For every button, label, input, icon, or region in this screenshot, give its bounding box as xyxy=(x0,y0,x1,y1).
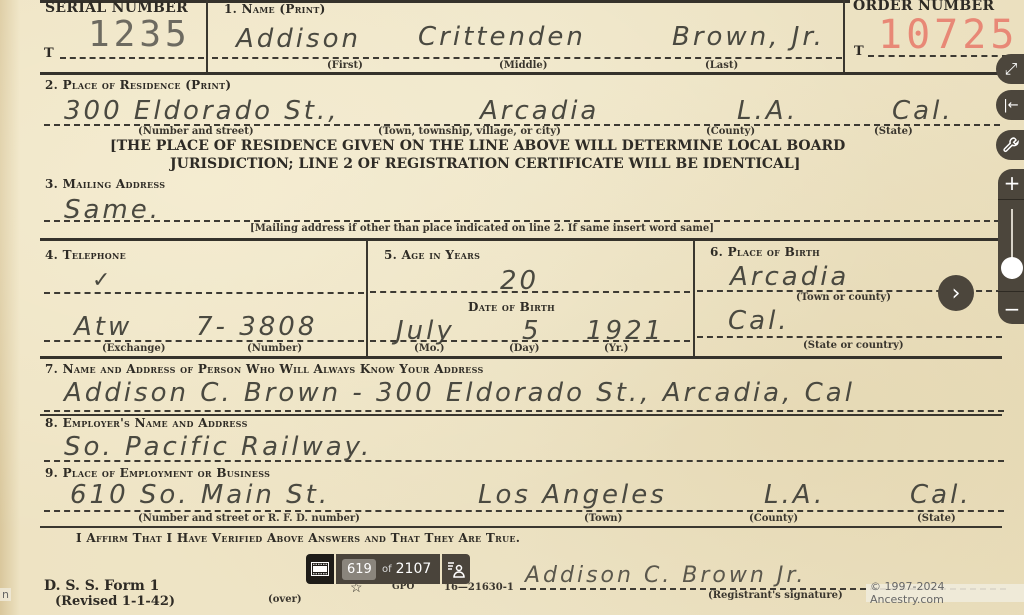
fullscreen-button[interactable]: ⤢ xyxy=(996,54,1024,84)
employer-label: 8. Employer's Name and Address xyxy=(45,416,248,430)
sub-exchange: (Exchange) xyxy=(102,343,166,354)
order-prefix: T xyxy=(854,44,864,59)
telephone-number: 7- 3808 xyxy=(196,312,317,342)
dashed-line xyxy=(868,55,1008,57)
employment-state: Cal. xyxy=(910,480,972,510)
dashed-line xyxy=(44,340,364,342)
notice-line-2: JURISDICTION; LINE 2 OF REGISTRATION CER… xyxy=(170,156,800,172)
dashed-line xyxy=(44,220,1000,222)
over-label: (over) xyxy=(268,594,302,605)
page-indicator: 619 of 2107 xyxy=(336,554,440,584)
sub-county: (County) xyxy=(706,126,755,137)
divider xyxy=(998,291,1024,292)
mailing-note: [Mailing address if other than place ind… xyxy=(250,223,714,234)
dashed-line xyxy=(370,291,690,293)
employer-value: So. Pacific Railway. xyxy=(64,432,372,462)
sub-number: (Number) xyxy=(247,343,302,354)
divider xyxy=(998,199,1024,200)
dashed-line xyxy=(60,57,204,59)
dashed-line xyxy=(44,460,1004,462)
section-rule xyxy=(40,238,1002,241)
telephone-label: 4. Telephone xyxy=(45,248,126,262)
filmstrip-button[interactable] xyxy=(306,554,334,584)
next-image-button[interactable]: › xyxy=(938,275,974,311)
signature-label: (Registrant's signature) xyxy=(708,590,843,601)
sub-last: (Last) xyxy=(705,60,738,71)
residence-state: Cal. xyxy=(892,96,954,126)
zoom-out-button[interactable]: − xyxy=(998,295,1024,323)
mailing-label: 3. Mailing Address xyxy=(45,177,165,191)
tools-button[interactable] xyxy=(996,130,1024,160)
zoom-slider-thumb[interactable] xyxy=(1001,257,1023,279)
sub-emp-county: (County) xyxy=(749,513,798,524)
sub-emp-town: (Town) xyxy=(584,513,622,524)
name-first: Addison xyxy=(236,24,361,54)
sub-emp-street: (Number and street or R. F. D. number) xyxy=(138,513,360,524)
serial-number-value: 1235 xyxy=(88,14,191,55)
chevron-right-icon: › xyxy=(952,281,961,306)
image-pager: 619 of 2107 xyxy=(306,554,470,584)
dashed-line xyxy=(44,510,1004,512)
contact-value: Addison C. Brown - 300 Eldorado St., Arc… xyxy=(64,378,855,408)
sub-town: (Town, township, village, or city) xyxy=(378,126,561,137)
filmstrip-icon xyxy=(311,562,329,576)
dashed-line xyxy=(212,57,842,59)
birthplace-town: Arcadia xyxy=(730,262,849,292)
dob-label: Date of Birth xyxy=(468,300,555,314)
residence-label: 2. Place of Residence (Print) xyxy=(45,78,231,92)
copyright-notice: © 1997-2024 Ancestry.com xyxy=(866,584,1024,602)
divider xyxy=(843,0,845,72)
employment-street: 610 So. Main St. xyxy=(70,480,330,510)
dashed-line xyxy=(697,336,1002,338)
collapse-left-icon: |← xyxy=(1003,98,1018,113)
divider xyxy=(206,0,208,72)
dashed-line xyxy=(44,292,364,294)
employment-town: Los Angeles xyxy=(478,480,667,510)
page-number-input[interactable]: 619 xyxy=(342,559,376,580)
collapse-panel-button[interactable]: |← xyxy=(996,90,1024,120)
telephone-exchange: Atw xyxy=(74,312,132,342)
residence-town: Arcadia xyxy=(480,96,599,126)
form-name: D. S. S. Form 1 xyxy=(44,578,159,594)
sub-emp-state: (State) xyxy=(917,513,956,524)
wrench-icon xyxy=(1003,137,1019,153)
sub-first: (First) xyxy=(327,60,363,71)
sub-middle: (Middle) xyxy=(499,60,547,71)
left-edge-text: n xyxy=(0,588,11,601)
birthplace-label: 6. Place of Birth xyxy=(710,245,820,259)
person-list-icon xyxy=(447,560,465,578)
serial-prefix: T xyxy=(44,46,54,61)
employment-label: 9. Place of Employment or Business xyxy=(45,466,270,480)
zoom-in-button[interactable]: + xyxy=(998,169,1024,197)
name-middle: Crittenden xyxy=(418,22,586,52)
minus-icon: − xyxy=(1004,297,1021,321)
name-last: Brown, Jr. xyxy=(672,22,825,52)
sub-birth-state: (State or country) xyxy=(803,340,904,351)
of-label: of xyxy=(382,564,392,575)
order-number-value: 10725 xyxy=(878,12,1018,58)
dashed-line xyxy=(44,410,1004,412)
signature: Addison C. Brown Jr. xyxy=(525,563,806,588)
expand-icon: ⤢ xyxy=(1005,59,1018,79)
sub-state: (State) xyxy=(874,126,913,137)
dashed-line xyxy=(370,340,690,342)
page-total: 2107 xyxy=(396,561,432,577)
residence-county: L.A. xyxy=(737,96,798,126)
divider xyxy=(693,240,695,356)
section-rule xyxy=(40,72,1000,75)
age-label: 5. Age in Years xyxy=(384,248,480,262)
notice-line-1: [THE PLACE OF RESIDENCE GIVEN ON THE LIN… xyxy=(110,138,845,154)
index-panel-button[interactable] xyxy=(442,554,470,584)
sub-street: (Number and street) xyxy=(138,126,254,137)
sub-day: (Day) xyxy=(509,343,539,354)
sub-birth-town: (Town or county) xyxy=(796,292,891,303)
affirmation-text: I Affirm That I Have Verified Above Answ… xyxy=(76,531,520,545)
divider xyxy=(366,240,368,356)
plus-icon: + xyxy=(1004,171,1021,195)
residence-street: 300 Eldorado St., xyxy=(64,96,339,126)
section-rule xyxy=(40,526,1002,528)
employment-county: L.A. xyxy=(764,480,825,510)
telephone-mark: ✓ xyxy=(92,268,113,293)
zoom-control[interactable]: + − xyxy=(998,169,1024,324)
sub-yr: (Yr.) xyxy=(604,343,628,354)
form-revised: (Revised 1-1-42) xyxy=(55,594,175,609)
contact-label: 7. Name and Address of Person Who Will A… xyxy=(45,362,484,376)
birthplace-state: Cal. xyxy=(728,306,790,336)
section-rule xyxy=(40,356,1002,359)
name-label: 1. Name (Print) xyxy=(224,2,326,16)
sub-mo: (Mo.) xyxy=(414,343,445,354)
